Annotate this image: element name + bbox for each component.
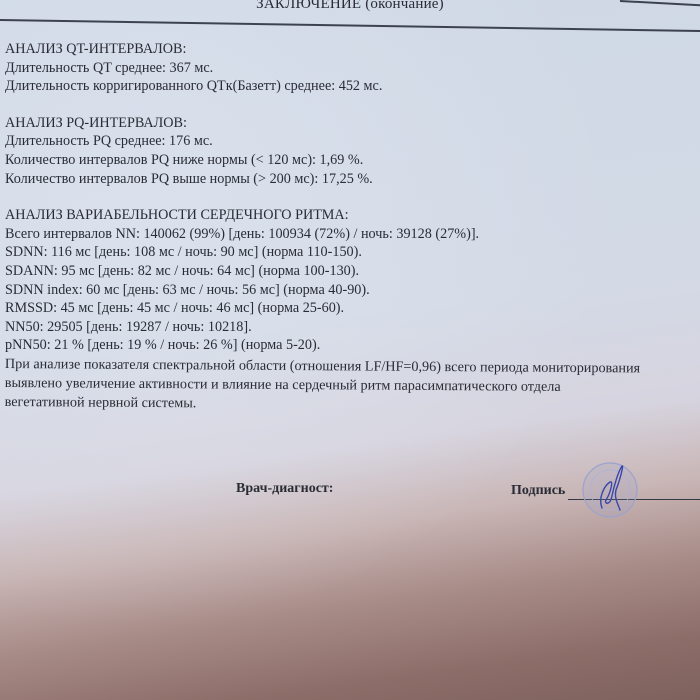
qt-mean-line: Длительность QT среднее: 367 мс. [5, 59, 695, 78]
sdann-line: SDANN: 95 мс [день: 82 мс / ночь: 64 мс]… [5, 262, 695, 281]
rmssd-line: RMSSD: 45 мс [день: 45 мс / ночь: 46 мс]… [5, 299, 695, 318]
signature-label: Подпись [511, 483, 565, 499]
document-body: АНАЛИЗ QT-ИНТЕРВАЛОВ: Длительность QT ср… [5, 40, 695, 430]
header-divider [0, 19, 700, 32]
document-title: ЗАКЛЮЧЕНИЕ (окончание) [0, 0, 700, 13]
pq-below-norm-line: Количество интервалов PQ ниже нормы (< 1… [5, 151, 695, 170]
nn50-line: NN50: 29505 [день: 19287 / ночь: 10218]. [5, 318, 695, 337]
nn-total-line: Всего интервалов NN: 140062 (99%) [день:… [5, 225, 695, 244]
section-heading: АНАЛИЗ QT-ИНТЕРВАЛОВ: [5, 40, 695, 59]
qtc-mean-line: Длительность корригированного QTк(Базетт… [5, 77, 695, 96]
doctor-label: Врач-диагност: [236, 481, 333, 497]
pq-analysis-section: АНАЛИЗ PQ-ИНТЕРВАЛОВ: Длительность PQ ср… [5, 114, 695, 188]
section-heading: АНАЛИЗ PQ-ИНТЕРВАЛОВ: [5, 114, 695, 133]
section-heading: АНАЛИЗ ВАРИАБЕЛЬНОСТИ СЕРДЕЧНОГО РИТМА: [5, 206, 695, 225]
pq-mean-line: Длительность PQ среднее: 176 мс. [5, 132, 695, 151]
hrv-analysis-section: АНАЛИЗ ВАРИАБЕЛЬНОСТИ СЕРДЕЧНОГО РИТМА: … [5, 206, 695, 412]
qt-analysis-section: АНАЛИЗ QT-ИНТЕРВАЛОВ: Длительность QT ср… [5, 40, 695, 96]
spectral-conclusion: При анализе показателя спектральной обла… [5, 355, 625, 416]
signature-row: Врач-диагност: Подпись [0, 481, 700, 521]
stamp-signature-icon [580, 460, 640, 520]
pq-above-norm-line: Количество интервалов PQ выше нормы (> 2… [5, 170, 695, 189]
pnn50-line: pNN50: 21 % [день: 19 % / ночь: 26 %] (н… [5, 336, 695, 355]
sdnn-line: SDNN: 116 мс [день: 108 мс / ночь: 90 мс… [5, 243, 695, 262]
sdnn-index-line: SDNN index: 60 мс [день: 63 мс / ночь: 5… [5, 281, 695, 300]
